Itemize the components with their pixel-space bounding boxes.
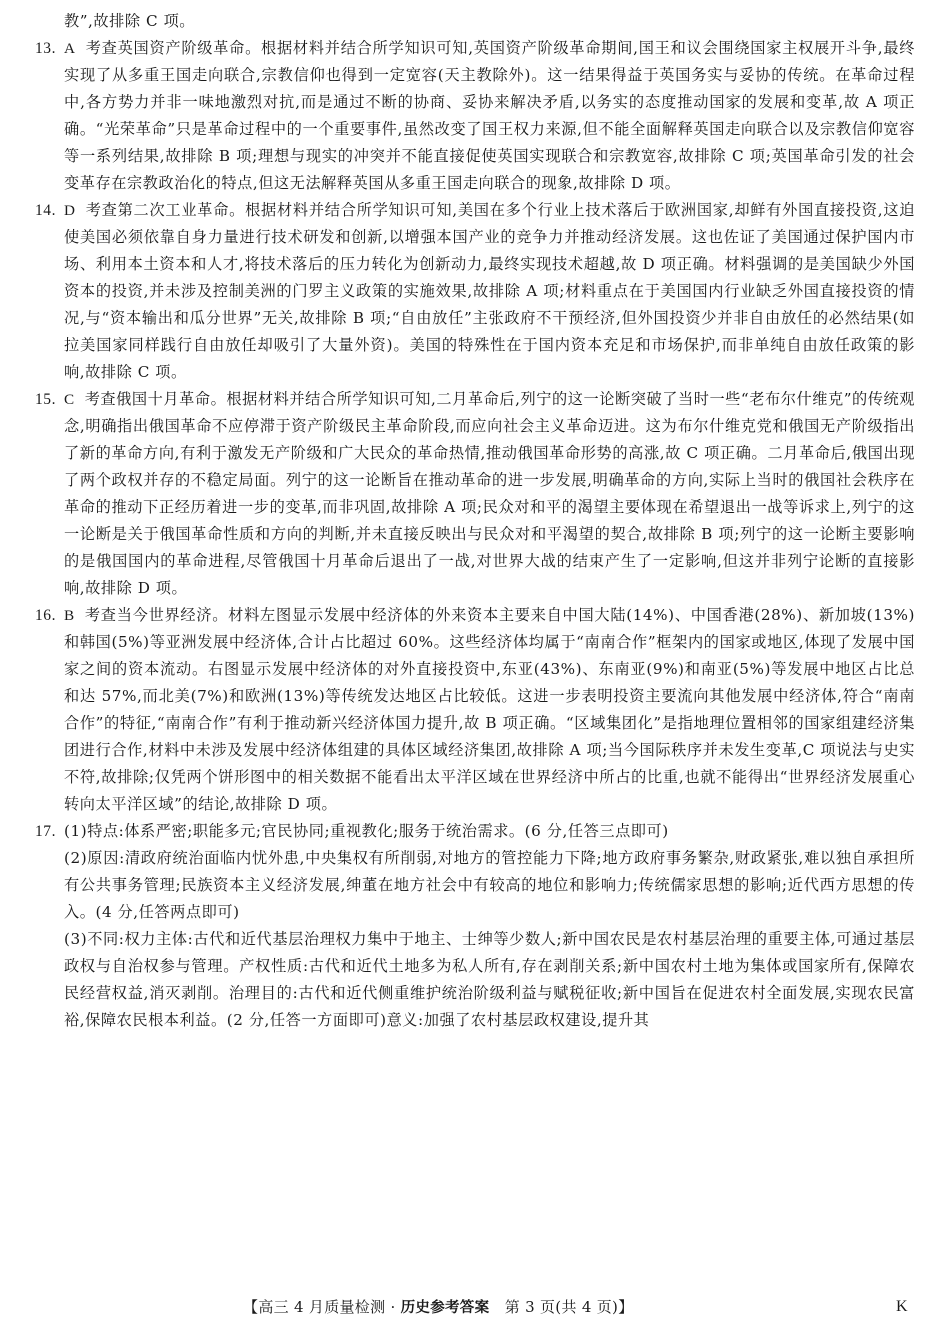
previous-item-continuation: 教”,故排除 C 项。 [35,8,915,35]
item-answer: C [64,391,75,408]
footer-exam-title: 高三 4 月质量检测 · [258,1298,400,1316]
answer-item-14: 14. D考查第二次工业革命。根据材料并结合所学知识可知,美国在多个行业上技术落… [35,197,915,386]
item-number: 14. [35,197,64,224]
footer-right-bracket: 】 [618,1298,633,1316]
item-number: 17. [35,818,64,845]
item-answer: A [64,40,76,57]
item-explanation: 考查第二次工业革命。根据材料并结合所学知识可知,美国在多个行业上技术落后于欧洲国… [64,201,915,381]
item-17-part-2: (2)原因:清政府统治面临内忧外患,中央集权有所削弱,对地方的管控能力下降;地方… [35,845,915,926]
item-explanation: 考查俄国十月革命。根据材料并结合所学知识可知,二月革命后,列宁的这一论断突破了当… [64,390,915,597]
answer-item-15: 15. C考查俄国十月革命。根据材料并结合所学知识可知,二月革命后,列宁的这一论… [35,386,915,602]
item-explanation: 考查当今世界经济。材料左图显示发展中经济体的外来资本主要来自中国大陆(14%)、… [64,606,915,813]
item-number: 15. [35,386,64,413]
answer-item-13: 13. A考查英国资产阶级革命。根据材料并结合所学知识可知,英国资产阶级革命期间… [35,35,915,197]
item-explanation: 考查英国资产阶级革命。根据材料并结合所学知识可知,英国资产阶级革命期间,国王和议… [64,39,915,192]
item-number: 16. [35,602,64,629]
document-page: 教”,故排除 C 项。 13. A考查英国资产阶级革命。根据材料并结合所学知识可… [0,0,950,1333]
answer-item-17: 17. (1)特点:体系严密;职能多元;官民协同;重视教化;服务于统治需求。(6… [35,818,915,845]
answer-item-16: 16. B考查当今世界经济。材料左图显示发展中经济体的外来资本主要来自中国大陆(… [35,602,915,818]
item-17-part-1: (1)特点:体系严密;职能多元;官民协同;重视教化;服务于统治需求。(6 分,任… [64,822,669,840]
footer-subject: 历史参考答案 [401,1300,490,1316]
item-number: 13. [35,35,64,62]
item-answer: D [64,202,76,219]
item-17-part-3: (3)不同:权力主体:古代和近代基层治理权力集中于地主、士绅等少数人;新中国农民… [35,926,915,1034]
answer-content: 教”,故排除 C 项。 13. A考查英国资产阶级革命。根据材料并结合所学知识可… [35,8,915,1034]
footer-title: 【高三 4 月质量检测 · 历史参考答案 第 3 页(共 4 页)】 [243,1294,634,1321]
page-footer: 【高三 4 月质量检测 · 历史参考答案 第 3 页(共 4 页)】 K [0,1294,950,1320]
item-answer: B [64,607,75,624]
footer-left-bracket: 【 [243,1298,258,1316]
footer-page-info: 第 3 页(共 4 页) [489,1298,618,1316]
footer-version-code: K [896,1294,908,1320]
